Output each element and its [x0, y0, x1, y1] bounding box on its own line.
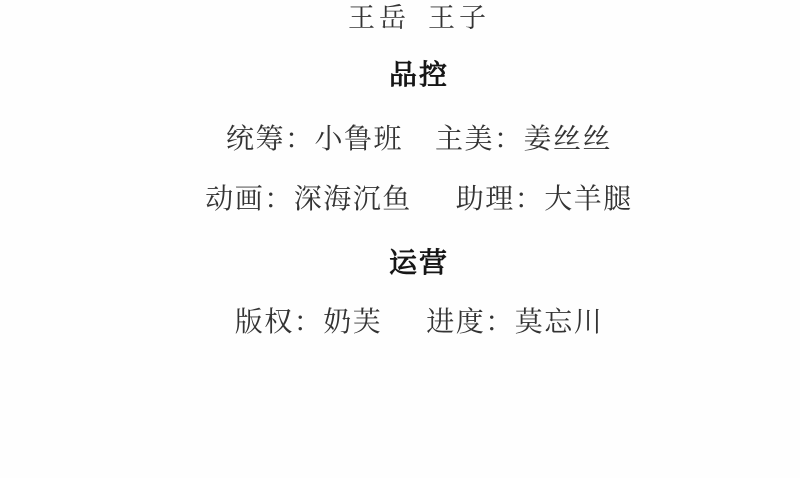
credit-entry-lead-artist: 主美：姜丝丝	[435, 123, 612, 155]
spacer	[412, 200, 456, 201]
credits-names-line: 王岳王子	[38, 2, 800, 34]
section-heading-label: 品控	[389, 59, 449, 91]
spacer	[410, 19, 428, 20]
credits-page: 王岳王子 品控 统筹：小鲁班主美：姜丝丝 动画：深海沉鱼助理：大羊腿 运营 版权…	[0, 0, 800, 478]
credit-entry-animation: 动画：深海沉鱼	[205, 183, 412, 215]
credit-name-left: 王岳	[348, 2, 410, 34]
section-heading-operations: 运营	[38, 247, 800, 279]
credit-row: 动画：深海沉鱼助理：大羊腿	[38, 183, 800, 215]
spacer	[382, 323, 426, 324]
credit-entry-progress: 进度：莫忘川	[426, 306, 603, 338]
section-heading-quality-control: 品控	[38, 59, 800, 91]
credit-name-right: 王子	[428, 2, 490, 34]
credit-row: 统筹：小鲁班主美：姜丝丝	[38, 123, 800, 155]
credit-entry-coordinator: 统筹：小鲁班	[226, 123, 403, 155]
spacer	[403, 140, 435, 141]
credit-entry-copyright: 版权：奶芙	[235, 306, 383, 338]
section-heading-label: 运营	[389, 247, 449, 279]
credit-entry-assistant: 助理：大羊腿	[456, 183, 633, 215]
credit-row: 版权：奶芙进度：莫忘川	[38, 306, 800, 338]
